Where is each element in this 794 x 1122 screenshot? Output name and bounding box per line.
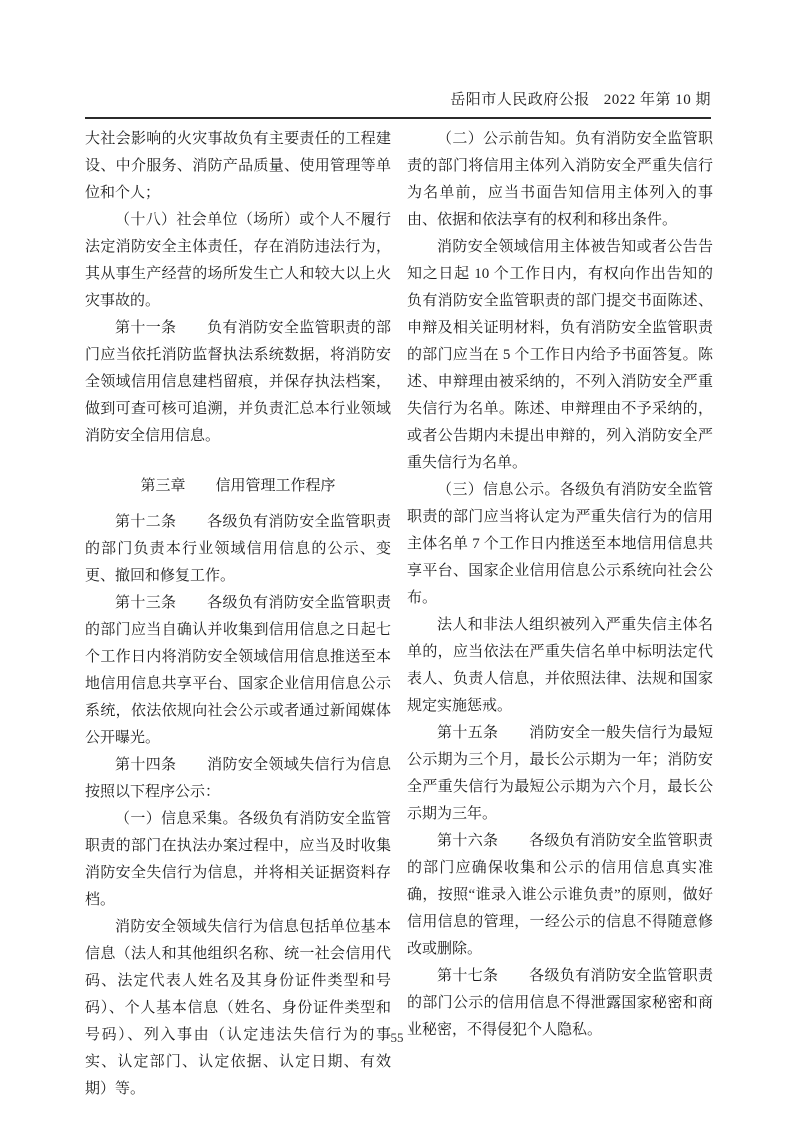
paragraph-legal-person-list: 法人和非法人组织被列入严重失信主体名单的，应当依法在严重失信名单中标明法定代表人… bbox=[407, 612, 713, 720]
paragraph-article-12: 第十二条 各级负有消防安全监管职责的部门负责本行业领域信用信息的公示、变更、撤回… bbox=[85, 509, 391, 590]
page-header: 岳阳市人民政府公报2022 年第 10 期 bbox=[85, 88, 711, 119]
chapter-3-heading: 第三章 信用管理工作程序 bbox=[85, 473, 391, 500]
paragraph-article-16: 第十六条 各级负有消防安全监管职责的部门应确保收集和公示的信用信息真实准确，按照… bbox=[407, 828, 713, 963]
paragraph-info-scope: 消防安全领域失信行为信息包括单位基本信息（法人和其他组织名称、统一社会信用代码、… bbox=[85, 914, 391, 1103]
paragraph-item-1-collection: （一）信息采集。各级负有消防安全监管职责的部门在执法办案过程中，应当及时收集消防… bbox=[85, 806, 391, 914]
page-number: 55 bbox=[391, 1030, 404, 1045]
paragraph-item-18: （十八）社会单位（场所）或个人不履行法定消防安全主体责任，存在消防违法行为，其从… bbox=[85, 207, 391, 315]
paragraph-appeal-procedure: 消防安全领域信用主体被告知或者公告告知之日起 10 个工作日内，有权向作出告知的… bbox=[407, 234, 713, 477]
page-footer: 55 bbox=[0, 1030, 794, 1046]
paragraph-article-13: 第十三条 各级负有消防安全监管职责的部门应当自确认并收集到信用信息之日起七个工作… bbox=[85, 590, 391, 752]
right-column: （二）公示前告知。负有消防安全监管职责的部门将信用主体列入消防安全严重失信行为名… bbox=[407, 126, 713, 1103]
paragraph-continuation: 大社会影响的火灾事故负有主要责任的工程建设、中介服务、消防产品质量、使用管理等单… bbox=[85, 126, 391, 207]
header-gazette-title: 岳阳市人民政府公报 bbox=[450, 92, 590, 108]
content-columns: 大社会影响的火灾事故负有主要责任的工程建设、中介服务、消防产品质量、使用管理等单… bbox=[85, 126, 713, 1103]
left-column: 大社会影响的火灾事故负有主要责任的工程建设、中介服务、消防产品质量、使用管理等单… bbox=[85, 126, 391, 1103]
paragraph-article-15: 第十五条 消防安全一般失信行为最短公示期为三个月，最长公示期为一年；消防安全严重… bbox=[407, 720, 713, 828]
paragraph-item-2-prenotice: （二）公示前告知。负有消防安全监管职责的部门将信用主体列入消防安全严重失信行为名… bbox=[407, 126, 713, 234]
paragraph-article-14: 第十四条 消防安全领域失信行为信息按照以下程序公示： bbox=[85, 752, 391, 806]
document-page: 岳阳市人民政府公报2022 年第 10 期 大社会影响的火灾事故负有主要责任的工… bbox=[0, 0, 794, 1122]
paragraph-item-3-publicity: （三）信息公示。各级负有消防安全监管职责的部门应当将认定为严重失信行为的信用主体… bbox=[407, 477, 713, 612]
header-issue-number: 2022 年第 10 期 bbox=[604, 92, 711, 108]
paragraph-article-11: 第十一条 负有消防安全监管职责的部门应当依托消防监督执法系统数据，将消防安全领域… bbox=[85, 315, 391, 450]
